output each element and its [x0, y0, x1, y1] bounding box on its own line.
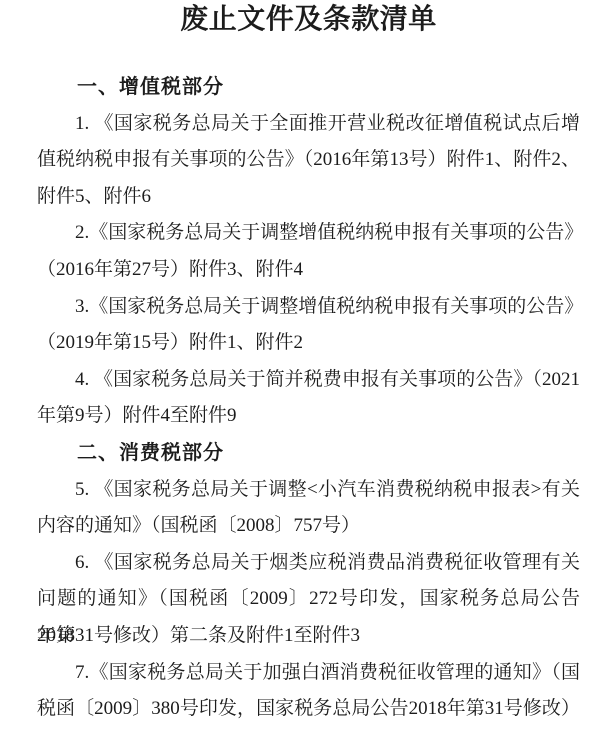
- item-1-line-1: 1. 《国家税务总局关于全面推开营业税改征增值税试点后增: [37, 106, 580, 143]
- item-6-line-2: 问题的通知》（国税函〔2009〕272号印发，国家税务总局公告2018: [37, 581, 580, 618]
- item-7-line-1: 7.《国家税务总局关于加强白酒消费税征收管理的通知》（国: [37, 655, 580, 692]
- item-6-line-1: 6. 《国家税务总局关于烟类应税消费品消费税征收管理有关: [37, 545, 580, 582]
- item-6-line-3: 年第31号修改）第二条及附件1至附件3: [37, 618, 580, 655]
- document-page: 废止文件及条款清单 一、增值税部分 1. 《国家税务总局关于全面推开营业税改征增…: [0, 0, 616, 733]
- item-4-line-1: 4. 《国家税务总局关于简并税费申报有关事项的公告》（2021: [37, 362, 580, 399]
- item-3-line-1: 3.《国家税务总局关于调整增值税纳税申报有关事项的公告》: [37, 289, 580, 326]
- item-5-line-1: 5. 《国家税务总局关于调整<小汽车消费税纳税申报表>有关: [37, 472, 580, 509]
- item-5-line-2: 内容的通知》（国税函〔2008〕757号）: [37, 508, 580, 545]
- item-2-line-1: 2.《国家税务总局关于调整增值税纳税申报有关事项的公告》: [37, 215, 580, 252]
- item-4-line-2: 年第9号）附件4至附件9: [37, 398, 580, 435]
- item-1-line-2: 值税纳税申报有关事项的公告》（2016年第13号）附件1、附件2、: [37, 142, 580, 179]
- section-heading-consumption-tax: 二、消费税部分: [37, 435, 580, 472]
- document-title: 废止文件及条款清单: [37, 2, 580, 38]
- item-7-line-2: 税函〔2009〕380号印发，国家税务总局公告2018年第31号修改）: [37, 691, 580, 728]
- section-heading-vat: 一、增值税部分: [37, 69, 580, 106]
- item-2-line-2: （2016年第27号）附件3、附件4: [37, 252, 580, 289]
- item-1-line-3: 附件5、附件6: [37, 179, 580, 216]
- item-3-line-2: （2019年第15号）附件1、附件2: [37, 325, 580, 362]
